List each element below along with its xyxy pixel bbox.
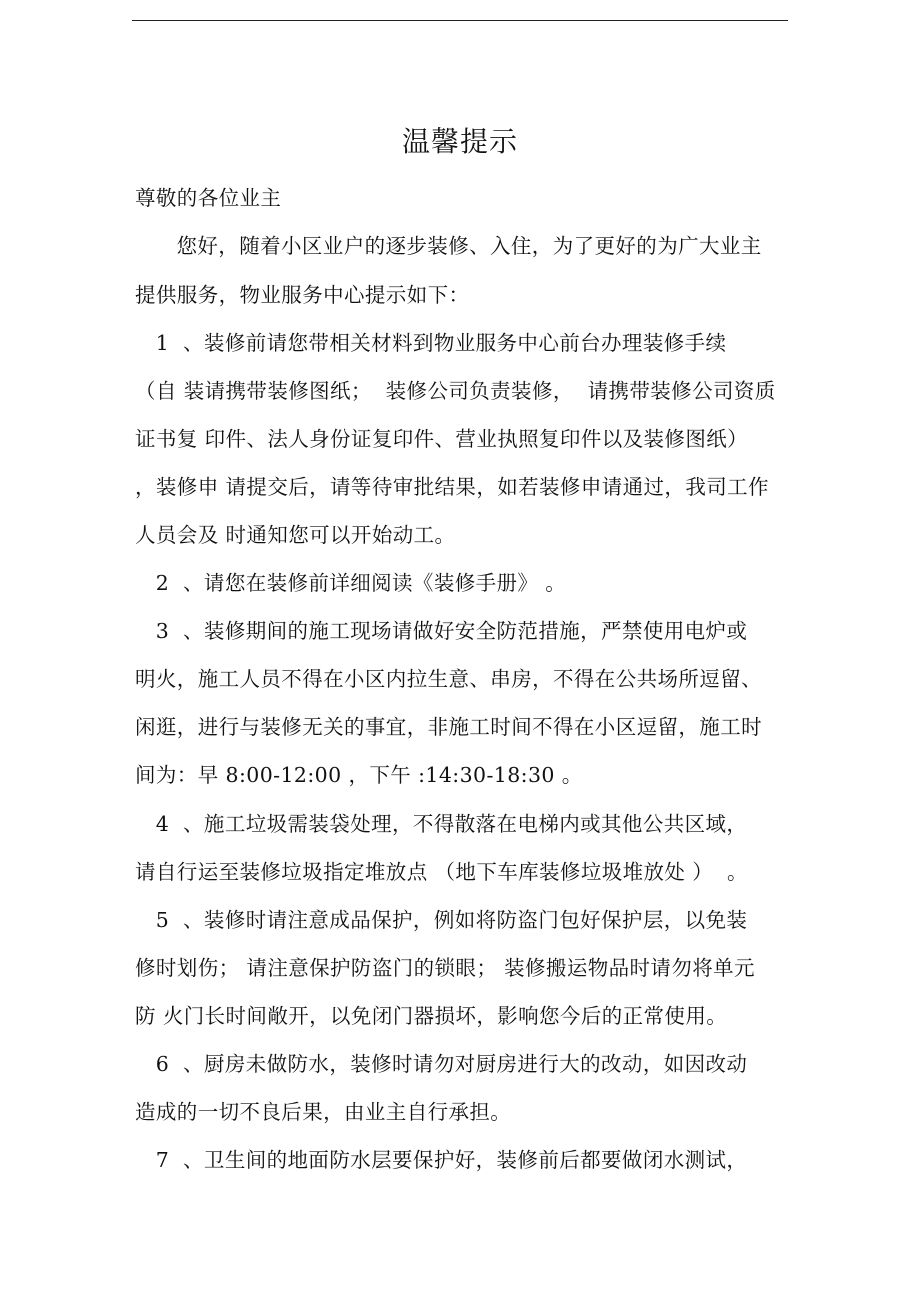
paragraph-line: 3 、装修期间的施工现场请做好安全防范措施，严禁使用电炉或	[135, 617, 747, 645]
paragraph-line: ，装修申 请提交后，请等待审批结果，如若装修申请通过，我司工作	[135, 473, 769, 501]
paragraph-line: 防 火门长时间敞开，以免闭门器损坏，影响您今后的正常使用。	[135, 1002, 727, 1030]
paragraph-line: 6 、厨房未做防水，装修时请勿对厨房进行大的改动，如因改动	[135, 1050, 747, 1078]
paragraph-line: 修时划伤； 请注意保护防盗门的锁眼； 装修搬运物品时请勿将单元	[135, 954, 755, 982]
paragraph-line: 5 、装修时请注意成品保护，例如将防盗门包好保护层，以免装	[135, 906, 747, 934]
paragraph-line: 提供服务，物业服务中心提示如下：	[135, 281, 469, 309]
header-rule	[132, 20, 788, 21]
paragraph-line: 2 、请您在装修前详细阅读《装修手册》 。	[135, 569, 566, 597]
paragraph-line: 请自行运至装修垃圾指定堆放点 （地下车库装修垃圾堆放处 ） 。	[135, 858, 748, 886]
paragraph-line: 7 、卫生间的地面防水层要保护好，装修前后都要做闭水测试，	[135, 1146, 747, 1174]
paragraph-line: 明火，施工人员不得在小区内拉生意、串房，不得在公共场所逗留、	[135, 665, 762, 693]
paragraph-line: 您好，随着小区业户的逐步装修、入住，为了更好的为广大业主	[135, 232, 762, 260]
document-title: 温馨提示	[0, 124, 920, 160]
paragraph-line: 造成的一切不良后果，由业主自行承担。	[135, 1098, 511, 1126]
paragraph-line: 证书复 印件、法人身份证复印件、营业执照复印件以及装修图纸）	[135, 425, 748, 453]
paragraph-line: 4 、施工垃圾需装袋处理，不得散落在电梯内或其他公共区域，	[135, 810, 747, 838]
paragraph-line: 人员会及 时通知您可以开始动工。	[135, 521, 455, 549]
greeting: 尊敬的各位业主	[135, 184, 281, 212]
paragraph-line: 1 、装修前请您带相关材料到物业服务中心前台办理装修手续	[135, 329, 726, 357]
paragraph-line: （自 装请携带装修图纸； 装修公司负责装修， 请携带装修公司资质	[135, 377, 776, 405]
paragraph-line: 闲逛，进行与装修无关的事宜，非施工时间不得在小区逗留，施工时	[135, 713, 762, 741]
paragraph-line: 间为：早 8:00-12:00 ，下午 :14:30-18:30 。	[135, 761, 583, 789]
